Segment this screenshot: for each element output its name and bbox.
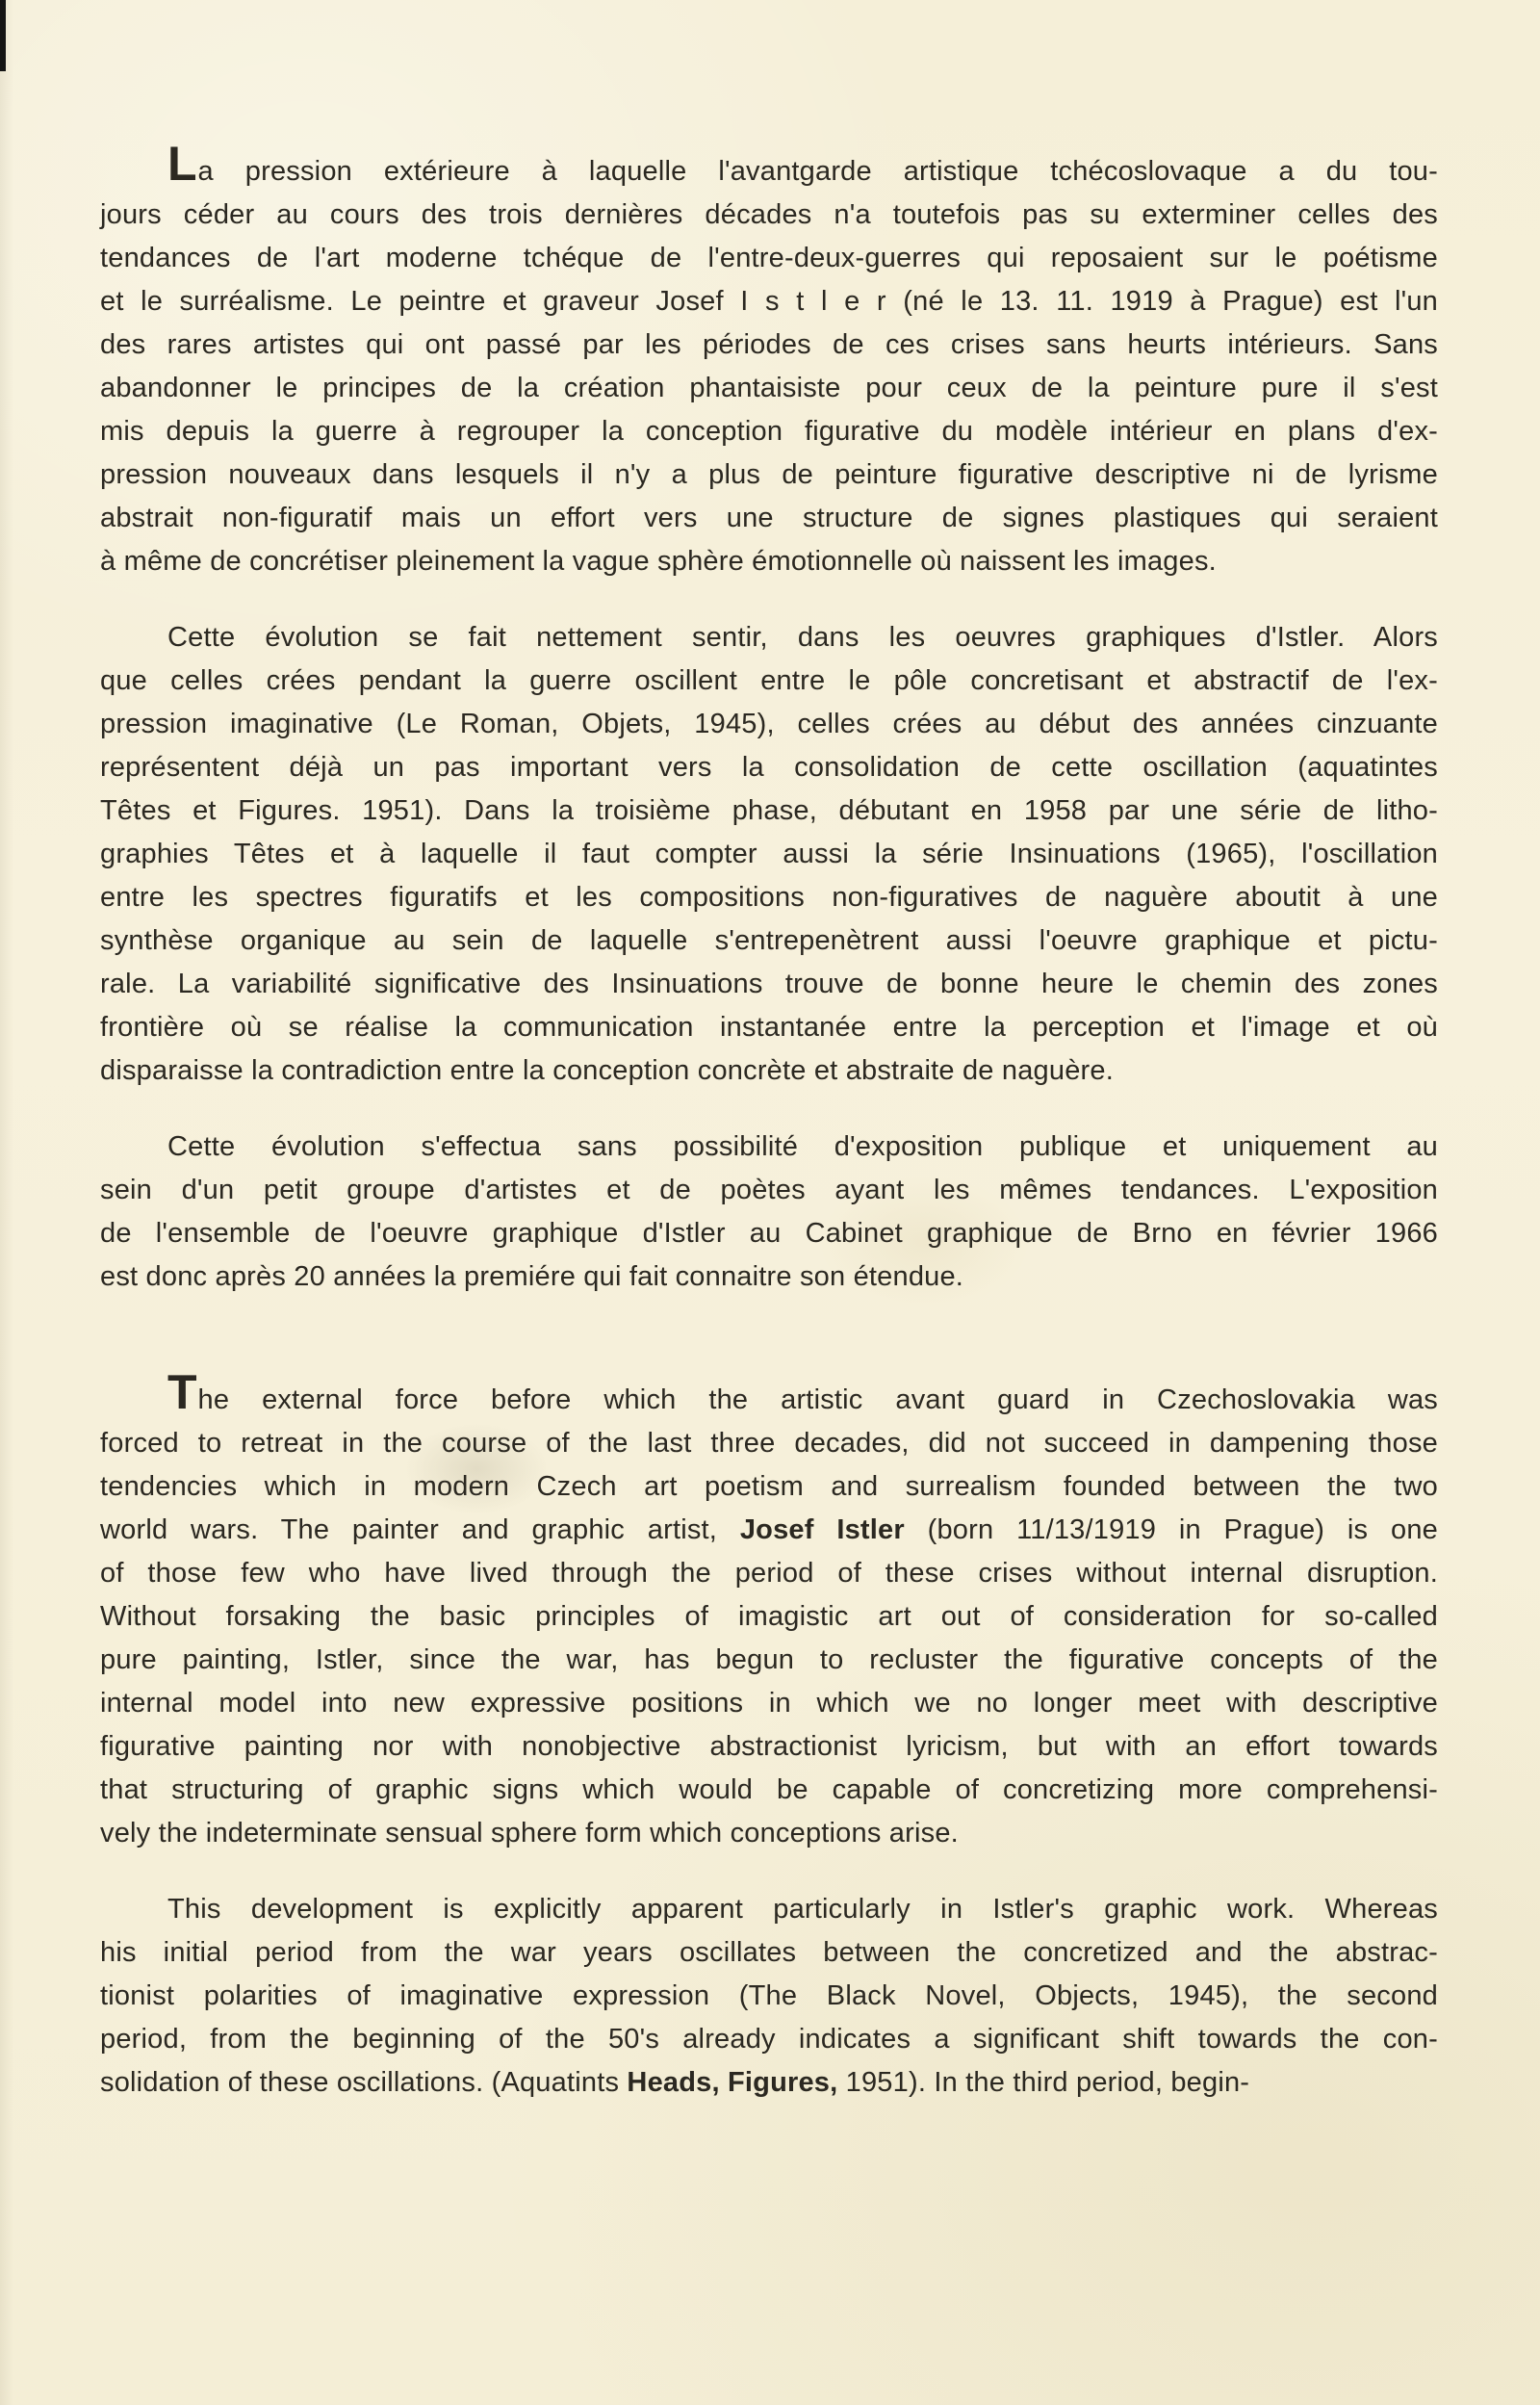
text-line: est donc après 20 années la premiére qui… (100, 1255, 1438, 1299)
text-line: Têtes et Figures. 1951). Dans la troisiè… (100, 789, 1438, 833)
text-line: jours céder au cours des trois dernières… (100, 194, 1438, 237)
drop-cap-initial: T (167, 1365, 198, 1419)
text-line: mis depuis la guerre à regrouper la conc… (100, 410, 1438, 453)
scan-artifact-mark (0, 0, 6, 71)
text-line: abstrait non-figuratif mais un effort ve… (100, 497, 1438, 540)
text-line: Cette évolution s'effectua sans possibil… (100, 1125, 1438, 1169)
text-line: rale. La variabilité significative des I… (100, 963, 1438, 1006)
text-line: forced to retreat in the course of the l… (100, 1422, 1438, 1465)
text-line: pression nouveaux dans lesquels il n'y a… (100, 453, 1438, 497)
french-paragraph-3: Cette évolution s'effectua sans possibil… (100, 1125, 1438, 1299)
text-line: This development is explicitly apparent … (100, 1888, 1438, 1931)
text-line: vely the indeterminate sensual sphere fo… (100, 1812, 1438, 1855)
text-line: pression imaginative (Le Roman, Objets, … (100, 703, 1438, 746)
text-line: La pression extérieure à laquelle l'avan… (100, 142, 1438, 194)
text-line: Cette évolution se fait nettement sentir… (100, 616, 1438, 659)
drop-cap-initial: L (167, 137, 198, 191)
text-line: synthèse organique au sein de laquelle s… (100, 919, 1438, 963)
text-line: tendances de l'art moderne tchéque de l'… (100, 237, 1438, 280)
french-paragraph-1: La pression extérieure à laquelle l'avan… (100, 142, 1438, 583)
english-paragraph-2: This development is explicitly apparent … (100, 1888, 1438, 2105)
text-line: Without forsaking the basic principles o… (100, 1595, 1438, 1639)
text-line: frontière où se réalise la communication… (100, 1006, 1438, 1049)
english-paragraph-1: The external force before which the arti… (100, 1371, 1438, 1855)
text-line: disparaisse la contradiction entre la co… (100, 1049, 1438, 1093)
text-line: of those few who have lived through the … (100, 1552, 1438, 1595)
text-line: period, from the beginning of the 50's a… (100, 2018, 1438, 2061)
text-line: The external force before which the arti… (100, 1371, 1438, 1422)
text-line: entre les spectres figuratifs et les com… (100, 876, 1438, 919)
text-line: his initial period from the war years os… (100, 1931, 1438, 1975)
text-line: that structuring of graphic signs which … (100, 1769, 1438, 1812)
bold-text: Heads, Figures, (627, 2067, 837, 2098)
text-line: world wars. The painter and graphic arti… (100, 1509, 1438, 1552)
text-line: internal model into new expressive posit… (100, 1682, 1438, 1725)
text-line: que celles crées pendant la guerre oscil… (100, 659, 1438, 703)
page-edge-shadow (0, 0, 13, 2405)
text-line: et le surréalisme. Le peintre et graveur… (100, 280, 1438, 323)
bold-text: Josef Istler (740, 1514, 905, 1545)
text-line: graphies Têtes et à laquelle il faut com… (100, 833, 1438, 876)
text-line: à même de concrétiser pleinement la vagu… (100, 540, 1438, 583)
text-line: solidation of these oscillations. (Aquat… (100, 2061, 1438, 2105)
text-line: tendencies which in modern Czech art poe… (100, 1465, 1438, 1509)
text-line: représentent déjà un pas important vers … (100, 746, 1438, 789)
text-line: figurative painting nor with nonobjectiv… (100, 1725, 1438, 1769)
french-paragraph-2: Cette évolution se fait nettement sentir… (100, 616, 1438, 1093)
text-line: de l'ensemble de l'oeuvre graphique d'Is… (100, 1212, 1438, 1255)
text-line: pure painting, Istler, since the war, ha… (100, 1639, 1438, 1682)
scanned-page: La pression extérieure à laquelle l'avan… (0, 0, 1540, 2405)
text-line: tionist polarities of imaginative expres… (100, 1975, 1438, 2018)
document-text: La pression extérieure à laquelle l'avan… (100, 142, 1438, 2105)
text-line: des rares artistes qui ont passé par les… (100, 323, 1438, 367)
text-line: abandonner le principes de la création p… (100, 367, 1438, 410)
text-line: sein d'un petit groupe d'artistes et de … (100, 1169, 1438, 1212)
